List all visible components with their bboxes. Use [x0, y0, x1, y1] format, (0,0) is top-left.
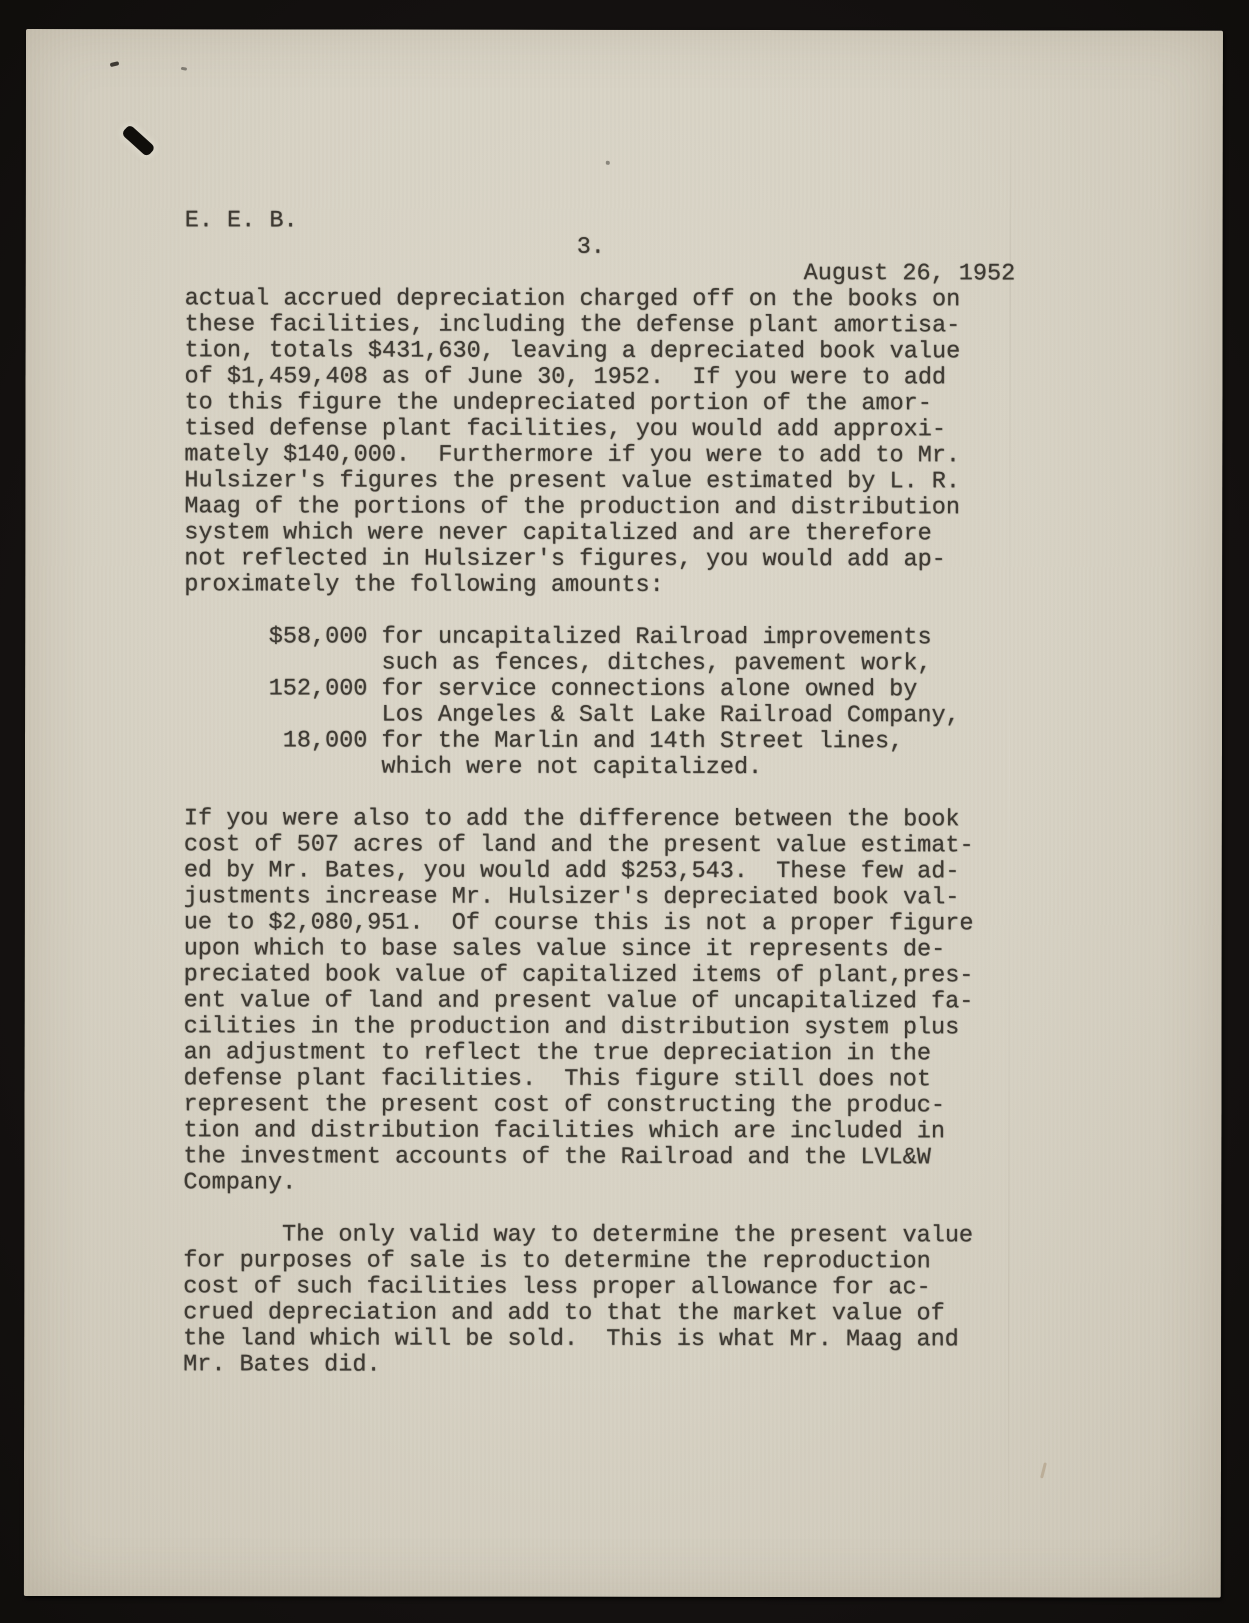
typewritten-content: E. E. B. 3. August 26, 1952 actual accru…	[183, 182, 1045, 1379]
text-line: for purposes of sale is to determine the…	[183, 1248, 1043, 1275]
text-line: proximately the following amounts:	[184, 572, 1044, 599]
text-line: 18,000 for the Marlin and 14th Street li…	[184, 728, 1044, 755]
text-line: 152,000 for service connections alone ow…	[184, 676, 1044, 703]
text-line: ed by Mr. Bates, you would add $253,543.…	[184, 858, 1044, 885]
text-line: such as fences, ditches, pavement work,	[184, 650, 1044, 677]
page-header: E. E. B. 3. August 26, 1952	[185, 182, 1045, 209]
text-line: preciated book value of capitalized item…	[184, 962, 1044, 989]
text-line: Mr. Bates did.	[183, 1352, 1043, 1379]
text-line: of $1,459,408 as of June 30, 1952. If yo…	[184, 364, 1044, 391]
text-line: these facilities, including the defense …	[185, 312, 1045, 339]
text-line: $58,000 for uncapitalized Railroad impro…	[184, 624, 1044, 651]
text-line: cilities in the production and distribut…	[184, 1014, 1044, 1041]
text-line: cost of such facilities less proper allo…	[183, 1274, 1043, 1301]
text-line: to this figure the undepreciated portion…	[184, 390, 1044, 417]
text-line: justments increase Mr. Hulsizer's deprec…	[184, 884, 1044, 911]
text-line: If you were also to add the difference b…	[184, 806, 1044, 833]
text-line: cost of 507 acres of land and the presen…	[184, 832, 1044, 859]
document-page: E. E. B. 3. August 26, 1952 actual accru…	[24, 29, 1223, 1598]
photo-background: E. E. B. 3. August 26, 1952 actual accru…	[0, 0, 1249, 1623]
text-line: mately $140,000. Furthermore if you were…	[184, 442, 1044, 469]
text-line: which were not capitalized.	[184, 754, 1044, 781]
text-line: tion and distribution facilities which a…	[183, 1118, 1043, 1145]
document-date: August 26, 1952	[804, 261, 1016, 287]
text-line: tised defense plant facilities, you woul…	[184, 416, 1044, 443]
paper-scratch	[1040, 1462, 1047, 1478]
ink-speck	[110, 61, 120, 67]
text-line: not reflected in Hulsizer's figures, you…	[184, 546, 1044, 573]
text-line: actual accrued depreciation charged off …	[185, 286, 1045, 313]
author-initials: E. E. B.	[185, 208, 298, 234]
ink-speck	[606, 161, 610, 165]
text-line: ent value of land and present value of u…	[184, 988, 1044, 1015]
text-line: tion, totals $431,630, leaving a depreci…	[185, 338, 1045, 365]
text-line: Company.	[183, 1170, 1043, 1197]
ink-speck	[181, 67, 187, 71]
text-line: crued depreciation and add to that the m…	[183, 1300, 1043, 1327]
text-line: represent the present cost of constructi…	[183, 1092, 1043, 1119]
paragraph-valid-way: The only valid way to determine the pres…	[183, 1222, 1043, 1379]
punch-hole-mark	[121, 124, 156, 157]
text-line: Hulsizer's figures the present value est…	[184, 468, 1044, 495]
text-line: The only valid way to determine the pres…	[183, 1222, 1043, 1249]
text-line: Maag of the portions of the production a…	[184, 494, 1044, 521]
amounts-list: $58,000 for uncapitalized Railroad impro…	[184, 624, 1044, 781]
text-line: system which were never capitalized and …	[184, 520, 1044, 547]
text-line: ue to $2,080,951. Of course this is not …	[184, 910, 1044, 937]
text-line: defense plant facilities. This figure st…	[184, 1066, 1044, 1093]
text-line: upon which to base sales value since it …	[184, 936, 1044, 963]
page-number: 3.	[577, 235, 605, 261]
text-line: Los Angeles & Salt Lake Railroad Company…	[184, 702, 1044, 729]
text-line: the investment accounts of the Railroad …	[183, 1144, 1043, 1171]
text-line: the land which will be sold. This is wha…	[183, 1326, 1043, 1353]
letter-body: actual accrued depreciation charged off …	[183, 286, 1045, 1379]
paragraph-adjustments: If you were also to add the difference b…	[183, 806, 1044, 1197]
text-line: an adjustment to reflect the true deprec…	[184, 1040, 1044, 1067]
paragraph-book-value: actual accrued depreciation charged off …	[184, 286, 1044, 599]
